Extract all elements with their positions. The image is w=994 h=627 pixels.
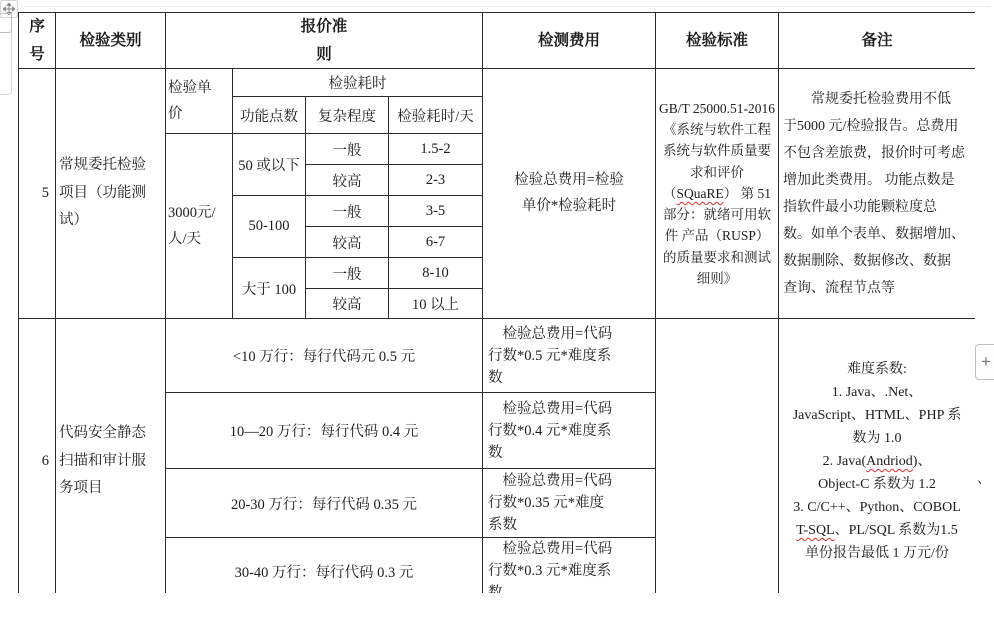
fp-2-1-complexity: 较高 <box>306 289 389 319</box>
tier-2-quote-cell: 20-30 万行：每行代码 0.35 元 <box>166 469 483 538</box>
subheader-time-spent: 检验耗时 <box>233 69 483 97</box>
header-row: 序号 检验类别 报价准 则 检测费用 检验标准 备注 <box>19 13 976 69</box>
tier-3-quote-cell: 30-40 万行：每行代码 0.3 元 <box>166 538 483 594</box>
text-segment: 难度系数: 1. Java、.Net、 JavaScript、HTML、PHP … <box>793 362 962 469</box>
plus-button[interactable]: + <box>975 344 994 380</box>
row5-unit-price-cell: 3000元/ 人/天 <box>166 134 233 319</box>
fp-1-0-complexity: 一般 <box>306 196 389 227</box>
pricing-table: 序号 检验类别 报价准 则 检测费用 检验标准 备注 5 常规委托检验 项目（功… <box>18 12 975 593</box>
header-seq: 序号 <box>19 13 56 69</box>
row5-remark-cell: 常规委托检验费用不低 于5000 元/检验报告。总费用 不包含差旅费，报价时可考… <box>779 69 975 319</box>
margin-guide <box>0 13 12 33</box>
row5-category-cell: 常规委托检验 项目（功能测 试） <box>56 69 166 319</box>
document-page: 序号 检验类别 报价准 则 检测费用 检验标准 备注 5 常规委托检验 项目（功… <box>0 0 994 627</box>
fp-0-0-time: 1.5-2 <box>389 134 483 165</box>
row6-category-cell: 代码安全静态 扫描和审计服 务项目 <box>56 319 166 594</box>
fp-group-1-points: 50-100 <box>233 196 306 258</box>
overflow-punctuation: 、 <box>977 468 991 488</box>
tier-1-fee-cell: 检验总费用=代码 行数*0.4 元*难度系 数 <box>483 393 656 469</box>
table-row: 6 代码安全静态 扫描和审计服 务项目 <10 万行：每行代码元 0.5 元 检… <box>19 319 976 393</box>
row6-remark-cell: 难度系数: 1. Java、.Net、 JavaScript、HTML、PHP … <box>779 319 975 594</box>
subheader-function-points: 功能点数 <box>233 97 306 134</box>
subheader-unit-price: 检验单 价 <box>166 69 233 134</box>
header-quote-criteria: 报价准 则 <box>166 13 483 69</box>
row6-seq-cell: 6 <box>19 319 56 594</box>
misspelled-word: SQuaRE <box>677 186 724 201</box>
fp-0-0-complexity: 一般 <box>306 134 389 165</box>
fp-1-1-time: 6-7 <box>389 227 483 258</box>
tier-2-fee-cell: 检验总费用=代码 行数*0.35 元*难度 系数 <box>483 469 656 538</box>
pricing-table-container: 序号 检验类别 报价准 则 检测费用 检验标准 备注 5 常规委托检验 项目（功… <box>18 12 975 593</box>
row5-fee-cell: 检验总费用=检验 单价*检验耗时 <box>483 69 656 319</box>
tier-3-fee-cell: 检验总费用=代码 行数*0.3 元*难度系 数 <box>483 538 656 594</box>
page-divider <box>22 6 990 7</box>
fp-1-0-time: 3-5 <box>389 196 483 227</box>
fp-2-0-time: 8-10 <box>389 258 483 289</box>
subheader-time-per-day: 检验耗时/天 <box>389 97 483 134</box>
misspelled-word: T-SQL <box>796 523 834 538</box>
header-remark: 备注 <box>779 13 975 69</box>
tier-1-quote-cell: 10—20 万行：每行代码 0.4 元 <box>166 393 483 469</box>
fp-1-1-complexity: 较高 <box>306 227 389 258</box>
tier-0-quote-cell: <10 万行：每行代码元 0.5 元 <box>166 319 483 393</box>
fp-group-0-points: 50 或以下 <box>233 134 306 196</box>
fp-0-1-time: 2-3 <box>389 165 483 196</box>
header-category: 检验类别 <box>56 13 166 69</box>
row5-seq-cell: 5 <box>19 69 56 319</box>
fp-group-2-points: 大于 100 <box>233 258 306 319</box>
misspelled-word: Andriod <box>866 454 913 469</box>
fp-2-0-complexity: 一般 <box>306 258 389 289</box>
fp-2-1-time: 10 以上 <box>389 289 483 319</box>
header-test-fee: 检测费用 <box>483 13 656 69</box>
tier-0-fee-cell: 检验总费用=代码 行数*0.5 元*难度系 数 <box>483 319 656 393</box>
row6-standard-cell <box>656 319 779 594</box>
header-standard: 检验标准 <box>656 13 779 69</box>
row5-standard-cell: GB/T 25000.51-2016《系统与软件工程 系统与软件质量要求和评价（… <box>656 69 779 319</box>
subheader-complexity: 复杂程度 <box>306 97 389 134</box>
fp-0-1-complexity: 较高 <box>306 165 389 196</box>
table-row: 5 常规委托检验 项目（功能测 试） 检验单 价 检验耗时 检验总费用=检验 单… <box>19 69 976 97</box>
